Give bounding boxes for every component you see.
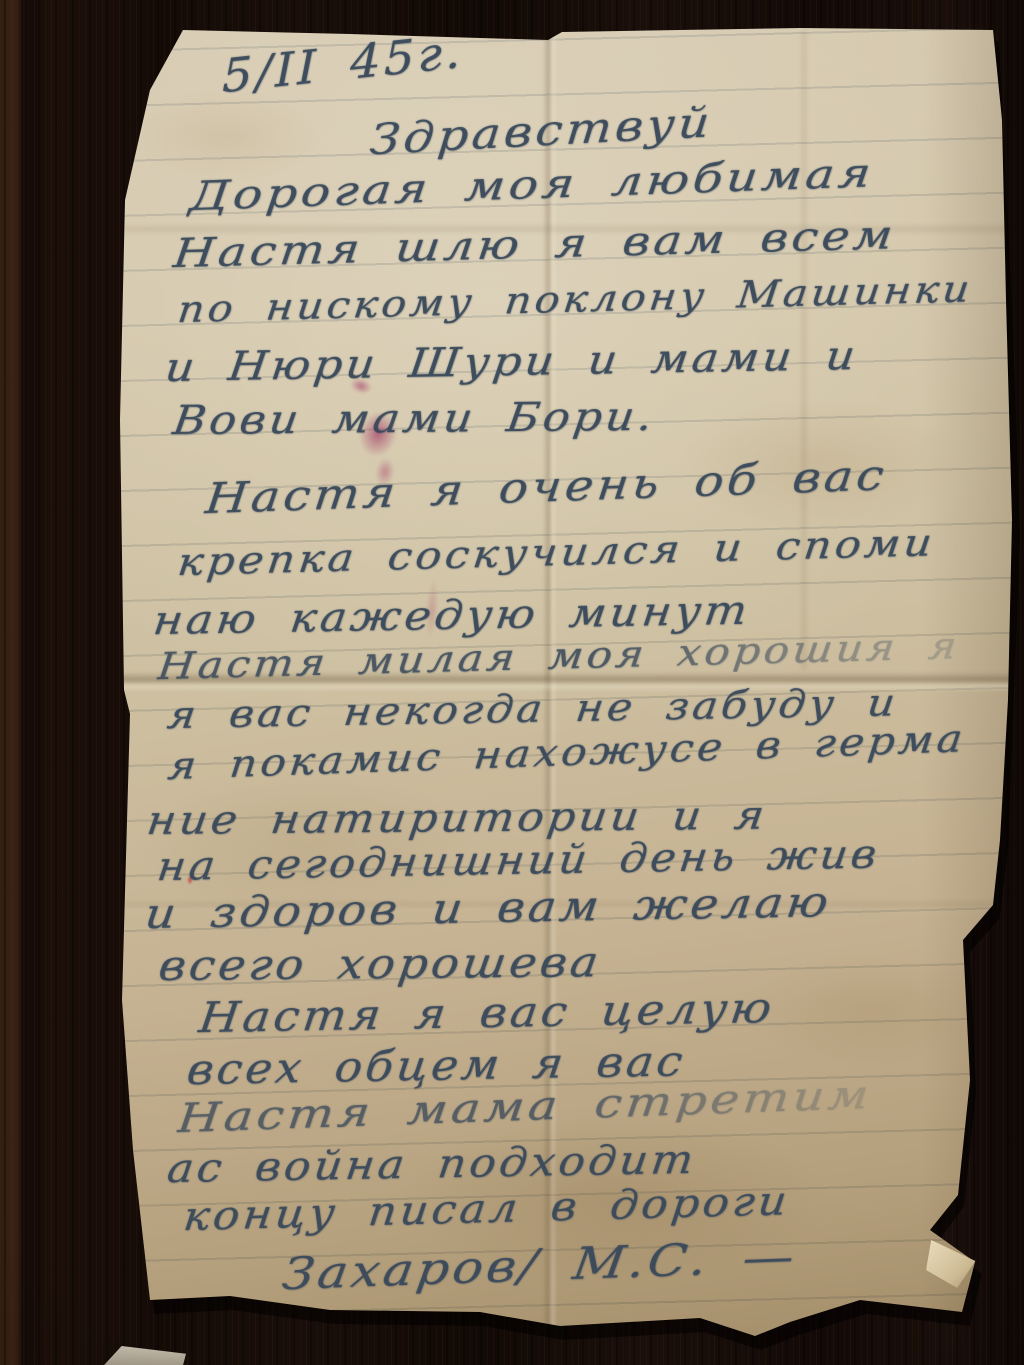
letter-line: и здоров и вам желаю (143, 880, 834, 936)
letter-line: Настя я вас целую (197, 986, 778, 1040)
letter-line: Вови мами Бори. (170, 396, 658, 442)
letter-line: всего хорошева (156, 940, 604, 988)
photo-of-handwritten-letter: 5/II 45г. Здравствуй Дорогая моя любимая… (0, 0, 1024, 1365)
